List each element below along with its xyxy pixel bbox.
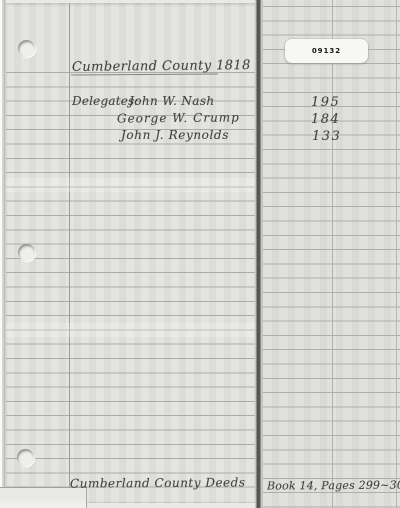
punch-hole-bottom bbox=[17, 449, 34, 466]
right-page-edge-rule bbox=[396, 0, 397, 508]
scan-artifact-band bbox=[6, 178, 256, 192]
scanned-ledger-page: 09132 Cumberland County 1818 Delegates: … bbox=[0, 0, 400, 508]
catalog-number: 09132 bbox=[312, 47, 341, 55]
delegate-votes-2: 184 bbox=[311, 112, 340, 127]
margin-line bbox=[69, 3, 70, 503]
delegate-name-1: John W. Nash bbox=[129, 94, 215, 108]
punch-hole-top bbox=[18, 40, 35, 57]
page-fold-divider bbox=[255, 0, 263, 508]
delegate-votes-3: 133 bbox=[312, 129, 341, 144]
delegate-votes-1: 195 bbox=[311, 95, 340, 110]
footer-source-note: Cumberland County Deeds bbox=[70, 475, 246, 490]
delegate-name-3: John J. Reynolds bbox=[121, 128, 229, 142]
delegate-name-2: George W. Crump bbox=[117, 110, 240, 125]
underlying-page bbox=[263, 0, 400, 508]
scan-artifact-band bbox=[6, 323, 256, 337]
footer-book-reference: Book 14, Pages 299~300 bbox=[267, 478, 400, 492]
catalog-label-sticker: 09132 bbox=[285, 39, 368, 63]
right-page-vertical-rule bbox=[332, 0, 333, 508]
page-heading: Cumberland County 1818 bbox=[72, 58, 251, 75]
notebook-page bbox=[6, 3, 256, 503]
punch-hole-middle bbox=[18, 244, 35, 261]
